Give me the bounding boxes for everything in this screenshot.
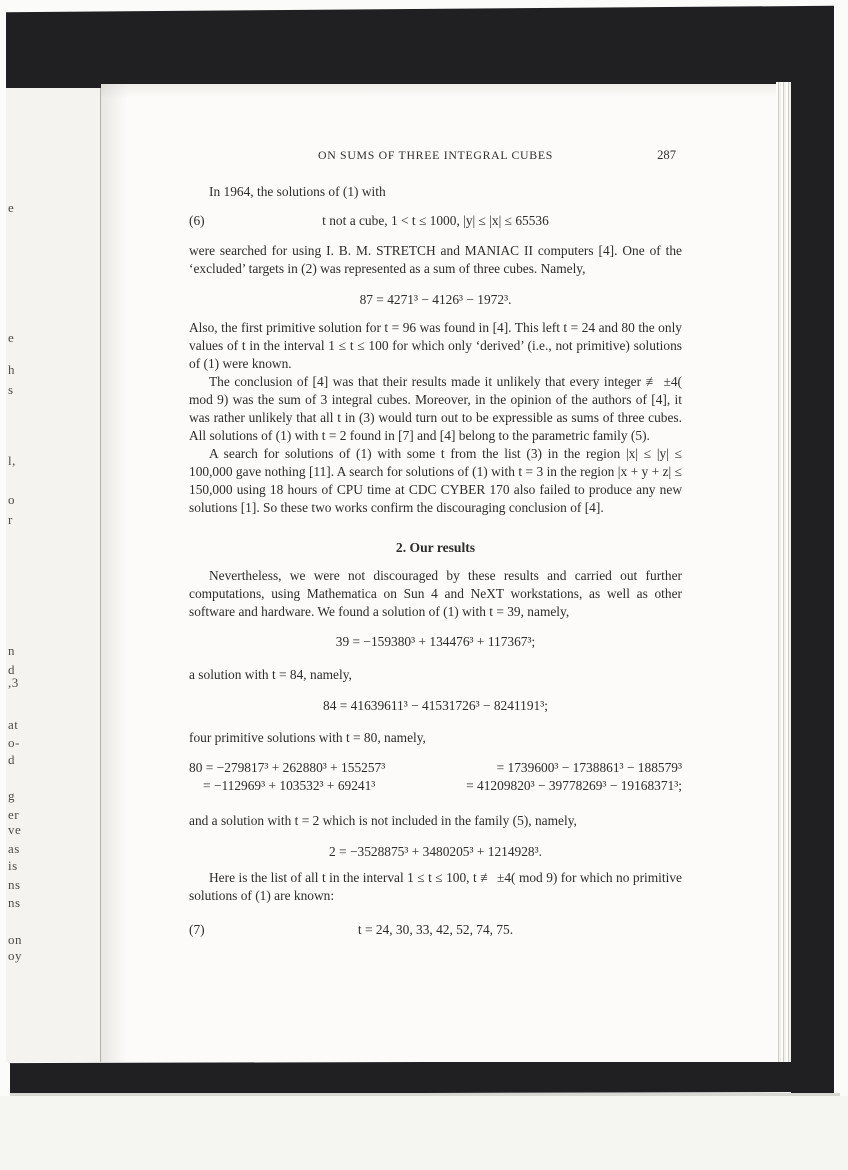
- paragraph-also: Also, the first primitive solution for t…: [189, 319, 682, 373]
- paragraph-search-region: A search for solutions of (1) with some …: [189, 445, 682, 517]
- equation-6: (6) t not a cube, 1 < t ≤ 1000, |y| ≤ |x…: [189, 212, 682, 230]
- cutoff-text-fragment: ns: [8, 895, 21, 911]
- cutoff-text-fragment: on: [8, 932, 22, 948]
- equation-t84: 84 = 41639611³ − 41531726³ − 8241191³;: [189, 697, 682, 715]
- running-title: ON SUMS OF THREE INTEGRAL CUBES: [189, 146, 682, 164]
- cutoff-text-fragment: d: [8, 752, 15, 768]
- cutoff-text-fragment: e: [8, 330, 14, 346]
- page-stack-edges: [776, 82, 791, 1062]
- cutoff-text-fragment: h: [8, 362, 15, 378]
- running-header: ON SUMS OF THREE INTEGRAL CUBES 287: [189, 146, 682, 163]
- equation-7-tag: (7): [189, 921, 205, 939]
- cutoff-text-fragment: s: [8, 382, 14, 398]
- paper-page: ON SUMS OF THREE INTEGRAL CUBES 287 In 1…: [101, 84, 776, 1062]
- equation-t84-body: 84 = 41639611³ − 41531726³ − 8241191³;: [323, 698, 548, 713]
- cutoff-text-fragment: r: [8, 512, 13, 528]
- equation-87: 87 = 4271³ − 4126³ − 1972³.: [189, 291, 682, 309]
- equation-t80-row1: 80 = −279817³ + 262880³ + 155257³ = 1739…: [189, 759, 682, 777]
- page-content: ON SUMS OF THREE INTEGRAL CUBES 287 In 1…: [189, 84, 682, 939]
- section-heading: 2. Our results: [189, 539, 682, 557]
- cutoff-text-fragment: l,: [8, 453, 16, 469]
- left-page-strip: eehsl,ornd,3ato-dgerveasisnsnsonoy: [6, 88, 101, 1062]
- equation-t80-row2-right: = 41209820³ − 39778269³ − 19168371³;: [466, 777, 682, 795]
- cutoff-text-fragment: g: [8, 788, 15, 804]
- equation-t80-row2-left: = −112969³ + 103532³ + 69241³: [203, 777, 375, 795]
- cutoff-text-fragment: as: [8, 841, 20, 857]
- paragraph-t84: a solution with t = 84, namely,: [189, 666, 682, 684]
- cutoff-text-fragment: n: [8, 643, 15, 659]
- paragraph-search-computers: were searched for using I. B. M. STRETCH…: [189, 242, 682, 278]
- paragraph-t80: four primitive solutions with t = 80, na…: [189, 729, 682, 747]
- equation-6-tag: (6): [189, 212, 205, 230]
- cutoff-text-fragment: ve: [8, 822, 21, 838]
- page-number: 287: [657, 146, 676, 164]
- book-scan: eehsl,ornd,3ato-dgerveasisnsnsonoy ON SU…: [0, 0, 848, 1170]
- cutoff-text-fragment: er: [8, 807, 19, 823]
- equation-t80-row1-left: 80 = −279817³ + 262880³ + 155257³: [189, 759, 385, 777]
- cutoff-text-fragment: ns: [8, 877, 21, 893]
- paragraph-t2: and a solution with t = 2 which is not i…: [189, 812, 682, 830]
- scanner-border-right: [791, 9, 834, 1094]
- scanner-border-top: [6, 6, 834, 94]
- equation-6-body: t not a cube, 1 < t ≤ 1000, |y| ≤ |x| ≤ …: [322, 213, 549, 228]
- paragraph-conclusion: The conclusion of [4] was that their res…: [189, 373, 682, 445]
- cutoff-text-fragment: o-: [8, 735, 20, 751]
- scan-background-bottom: [0, 1096, 848, 1170]
- scanner-border-bottom: [10, 1061, 834, 1094]
- equation-t80-block: 80 = −279817³ + 262880³ + 155257³ = 1739…: [189, 759, 682, 795]
- equation-t80-row1-right: = 1739600³ − 1738861³ − 188579³: [497, 759, 682, 777]
- cutoff-text-fragment: ,3: [8, 675, 19, 691]
- equation-t80-row2: = −112969³ + 103532³ + 69241³ = 41209820…: [189, 777, 682, 795]
- cutoff-text-fragment: at: [8, 717, 18, 733]
- equation-t2-body: 2 = −3528875³ + 3480205³ + 1214928³.: [329, 844, 542, 859]
- cutoff-text-fragment: e: [8, 200, 14, 216]
- equation-t39-body: 39 = −159380³ + 134476³ + 117367³;: [336, 634, 535, 649]
- equation-7-body: t = 24, 30, 33, 42, 52, 74, 75.: [358, 922, 513, 937]
- equation-7: (7) t = 24, 30, 33, 42, 52, 74, 75.: [189, 921, 682, 939]
- cutoff-text-fragment: o: [8, 492, 15, 508]
- paragraph-list-intro: Here is the list of all t in the interva…: [189, 869, 682, 905]
- paragraph-nevertheless: Nevertheless, we were not discouraged by…: [189, 567, 682, 621]
- equation-87-body: 87 = 4271³ − 4126³ − 1972³.: [360, 292, 512, 307]
- equation-t39: 39 = −159380³ + 134476³ + 117367³;: [189, 633, 682, 651]
- cutoff-text-fragment: oy: [8, 948, 22, 964]
- paragraph-intro: In 1964, the solutions of (1) with: [189, 183, 682, 201]
- equation-t2: 2 = −3528875³ + 3480205³ + 1214928³.: [189, 843, 682, 861]
- cutoff-text-fragment: is: [8, 858, 18, 874]
